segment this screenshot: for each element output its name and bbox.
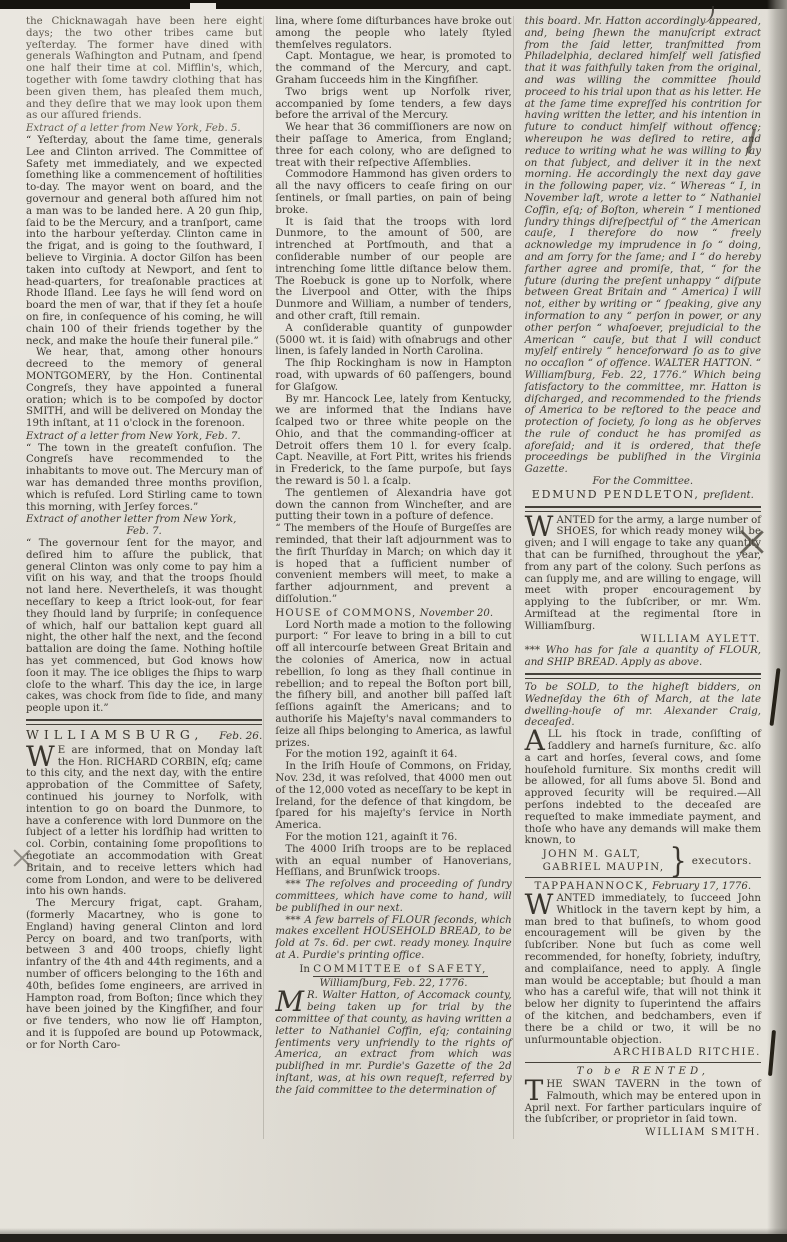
paragraph-gunpowder: A conſiderable quantity of gunpowder (50…	[275, 323, 511, 358]
extract-heading-another-ny: Extract of another letter from New York,	[26, 514, 262, 526]
note-flour-ship-bread: *** Who has for ſale a quantity of FLOUR…	[525, 645, 761, 669]
paragraph-motion-192: For the motion 192, againſt it 64.	[275, 749, 511, 761]
executor-maupin: GABRIEL MAUPIN,	[543, 862, 665, 875]
paragraph-irish-commons: In the Iriſh Houſe of Commons, on Friday…	[275, 761, 511, 832]
signature-smith: WILLIAM SMITH.	[525, 1127, 761, 1139]
page-columns: the Chicknawagah have been here eight da…	[26, 16, 761, 1139]
paragraph-irish-troops-replaced: The 4000 Iriſh troops are to be replaced…	[275, 844, 511, 879]
signature-ritchie: ARCHIBALD RITCHIE.	[525, 1047, 761, 1059]
paragraph-mercury-frigat: The Mercury frigat, capt. Graham, (forme…	[26, 898, 262, 1051]
executors-block: JOHN M. GALT, GABRIEL MAUPIN, } executor…	[543, 849, 761, 874]
paragraph-letter-ny-feb5: “ Yeſterday, about the ſame time, genera…	[26, 135, 262, 347]
pendleton-title: preſident.	[703, 490, 754, 501]
ad-shoes-wanted: WANTED for the army, a large number of S…	[525, 515, 761, 633]
section-rule	[525, 1062, 761, 1063]
brace-glyph: }	[670, 854, 687, 869]
section-rule	[525, 673, 761, 679]
paragraph-chicknawagah: the Chicknawagah have been here eight da…	[26, 16, 262, 122]
dateline-city: WILLIAMSBURG,	[26, 729, 203, 741]
signature-aylett: WILLIAM AYLETT.	[525, 634, 761, 646]
heading-to-be-rented: To be RENTED,	[525, 1066, 761, 1078]
paragraph-regulators: lina, where ſome diſturbances have broke…	[275, 16, 511, 51]
section-rule	[525, 877, 761, 878]
dateline-tappahannock: TAPPAHANNOCK, February 17, 1776.	[525, 881, 761, 893]
executor-names: JOHN M. GALT, GABRIEL MAUPIN,	[543, 849, 665, 874]
paragraph-walter-hatton-trial: MR. Walter Hatton, of Accomack county, b…	[275, 990, 511, 1096]
paragraph-governour-mayor: “ The governour ſent for the mayor, and …	[26, 538, 262, 715]
section-rule	[525, 506, 761, 512]
paragraph-corbin-journey: WE are informed, that on Monday laſt the…	[26, 745, 262, 898]
note-flour-seconds: *** A few barrels of FLOUR ſeconds, whic…	[275, 915, 511, 962]
paragraph-rockingham: The ſhip Rockingham is now in Hampton ro…	[275, 358, 511, 393]
scan-edge-top	[0, 0, 787, 9]
paragraph-dunmore-troops: It is ſaid that the troops with lord Dun…	[275, 217, 511, 323]
heading-house-of-commons: HOUSE of COMMONS, November 20.	[275, 608, 511, 620]
line-pendleton: EDMUND PENDLETON, preſident.	[525, 489, 761, 502]
extract-heading-another-ny-date: Feb. 7.	[26, 526, 262, 538]
ad-craig-estate-sale: ALL his ſtock in trade, conſiſting of ſa…	[525, 729, 761, 847]
ad-swan-tavern: THE SWAN TAVERN in the town of Falmouth,…	[525, 1079, 761, 1126]
heading-committee-of-safety: In COMMITTEE of SAFETY,	[275, 964, 511, 976]
line-for-the-committee: For the Committee.	[525, 476, 761, 488]
paragraph-lord-north-motion: Lord North made a motion to the followin…	[275, 620, 511, 750]
scan-artifact-x-mark	[12, 848, 32, 868]
paragraph-two-brigs: Two brigs went up Norfolk river, accompa…	[275, 87, 511, 122]
heading-house-of-commons-caps: HOUSE of COMMONS,	[275, 608, 416, 619]
scan-edge-bottom	[0, 1234, 787, 1242]
paragraph-montague-promoted: Capt. Montague, we hear, is promoted to …	[275, 51, 511, 86]
dateline-williamsburg: WILLIAMSBURG, Feb. 26.	[26, 729, 262, 743]
tappahannock-city: TAPPAHANNOCK,	[535, 881, 649, 892]
paragraph-hammond-orders: Commodore Hammond has given orders to al…	[275, 169, 511, 216]
section-rule	[26, 719, 262, 725]
dateline-date: Feb. 26.	[219, 731, 262, 743]
pendleton-name: EDMUND PENDLETON,	[532, 488, 700, 501]
ad-tavern-keeper-wanted: WANTED immediately, to ſucceed John Whit…	[525, 893, 761, 1046]
paragraph-burgesses-reminder: “ The members of the Houſe of Burgeſſes …	[275, 523, 511, 606]
paragraph-commissioners: We hear that 36 commiſſioners are now on…	[275, 122, 511, 169]
executor-galt: JOHN M. GALT,	[543, 849, 665, 862]
paragraph-letter-ny-feb7: “ The town in the greateſt confuſion. Th…	[26, 443, 262, 514]
note-resolves: *** The reſolves and proceeding of ſundr…	[275, 879, 511, 914]
heading-committee-in: In	[299, 964, 313, 975]
newspaper-page-scan: the Chicknawagah have been here eight da…	[0, 0, 787, 1242]
extract-heading-ny-feb5: Extract of a letter from New York, Feb. …	[26, 123, 262, 135]
paragraph-alexandria-cannon: The gentlemen of Alexandria have got dow…	[275, 488, 511, 523]
paragraph-hatton-proceedings: this board. Mr. Hatton accordingly appea…	[525, 16, 761, 476]
paragraph-motion-121: For the motion 121, againſt it 76.	[275, 832, 511, 844]
paragraph-hancock-lee: By mr. Hancock Lee, lately from Kentucky…	[275, 394, 511, 488]
heading-committee-caps: COMMITTEE of SAFETY,	[313, 964, 487, 977]
executors-label: executors.	[692, 856, 752, 868]
column-middle: lina, where ſome diſturbances have broke…	[263, 16, 511, 1139]
column-right: this board. Mr. Hatton accordingly appea…	[513, 16, 761, 1139]
heading-committee-date: Williamſburg, Feb. 22, 1776.	[275, 978, 511, 990]
heading-house-of-commons-date: November 20.	[420, 608, 493, 619]
tappahannock-date: February 17, 1776.	[652, 881, 751, 892]
heading-to-be-sold: To be SOLD, to the higheſt bidders, on W…	[525, 682, 761, 729]
column-left: the Chicknawagah have been here eight da…	[26, 16, 262, 1139]
paragraph-montgomery-honours: We hear, that, among other honours decre…	[26, 347, 262, 430]
scan-artifact-x-mark	[738, 528, 766, 556]
extract-heading-ny-feb7: Extract of a letter from New York, Feb. …	[26, 431, 262, 443]
